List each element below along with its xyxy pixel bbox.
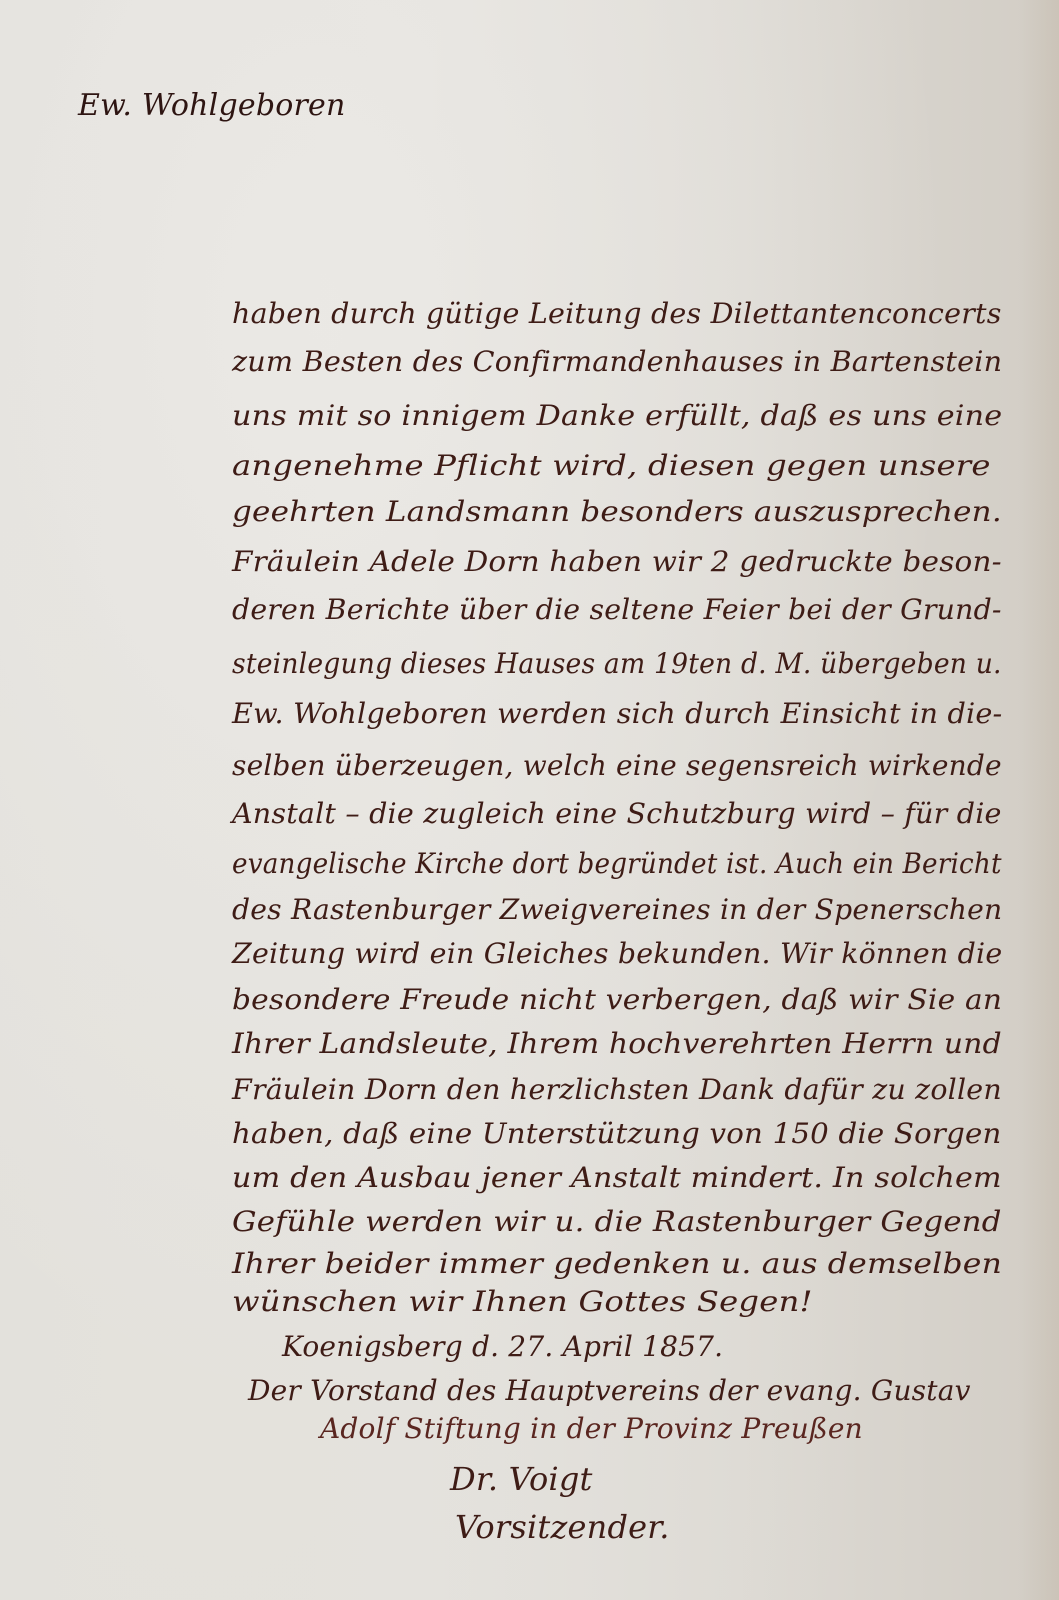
body-line: evangelische Kirche dort begründet ist. …: [232, 850, 1002, 878]
letter-page: Ew. Wohlgeboren haben durch gütige Leitu…: [0, 0, 1059, 1600]
body-line: haben durch gütige Leitung des Dilettant…: [232, 300, 1002, 328]
signature-title: Vorsitzender.: [455, 1508, 670, 1546]
place-date: Koenigsberg d. 27. April 1857.: [282, 1330, 723, 1363]
body-line: angenehme Pflicht wird, diesen gegen uns…: [232, 452, 991, 480]
body-line: Zeitung wird ein Gleiches bekunden. Wir …: [232, 940, 1002, 968]
body-line: wünschen wir Ihnen Gottes Segen!: [232, 1288, 813, 1316]
sender-line: Der Vorstand des Hauptvereins der evang.…: [248, 1374, 971, 1407]
body-line: geehrten Landsmann besonders auszusprech…: [232, 498, 1002, 526]
body-line: Ew. Wohlgeboren werden sich durch Einsic…: [232, 700, 1002, 728]
body-line: Anstalt – die zugleich eine Schutzburg w…: [232, 800, 1002, 828]
body-line: zum Besten des Confirmandenhauses in Bar…: [232, 348, 1002, 376]
salutation: Ew. Wohlgeboren: [78, 88, 346, 123]
sender-line: Adolf Stiftung in der Provinz Preußen: [320, 1412, 863, 1445]
body-line: steinlegung dieses Hauses am 19ten d. M.…: [232, 650, 1002, 678]
body-line: deren Berichte über die seltene Feier be…: [232, 596, 1002, 624]
signature-name: Dr. Voigt: [450, 1460, 593, 1498]
body-line: Ihrer beider immer gedenken u. aus demse…: [232, 1250, 1002, 1278]
body-line: haben, daß eine Unterstützung von 150 di…: [232, 1120, 1002, 1148]
body-line: besondere Freude nicht verbergen, daß wi…: [232, 986, 1002, 1014]
body-line: Fräulein Adele Dorn haben wir 2 gedruckt…: [232, 548, 1002, 576]
body-line: Fräulein Dorn den herzlichsten Dank dafü…: [232, 1076, 1002, 1104]
body-line: uns mit so innigem Danke erfüllt, daß es…: [232, 402, 1002, 430]
body-line: selben überzeugen, welch eine segensreic…: [232, 752, 1002, 780]
body-line: um den Ausbau jener Anstalt mindert. In …: [232, 1164, 1002, 1192]
body-line: Gefühle werden wir u. die Rastenburger G…: [232, 1208, 1002, 1236]
body-line: des Rastenburger Zweigvereines in der Sp…: [232, 896, 1002, 924]
body-line: Ihrer Landsleute, Ihrem hochverehrten He…: [232, 1030, 1002, 1058]
